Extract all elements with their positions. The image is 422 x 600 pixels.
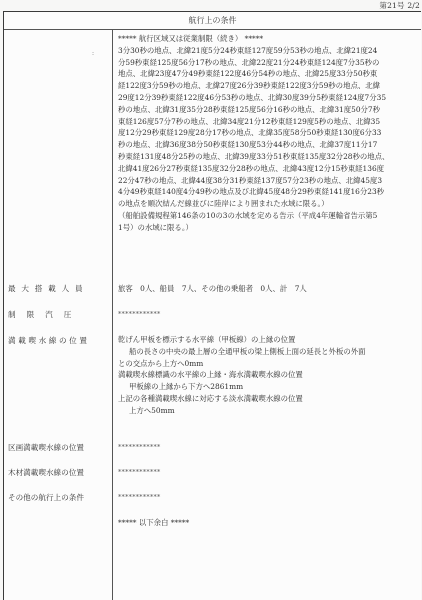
end-marker: ***** 以下余白 *****: [118, 517, 414, 529]
nav-line: 度12分29秒東経129度28分17秒の地点、北緯35度58分50秒東経130度…: [118, 127, 414, 139]
scan-speck: :: [92, 50, 94, 57]
nav-line: の地点を順次結んだ線並びに陸岸により囲まれた水域に限る。）: [118, 198, 414, 210]
load-line-label: 満載喫水線の位置: [8, 336, 110, 346]
load-line-text: 上方へ50mm: [118, 405, 414, 417]
timber-load-line-value: ************: [118, 467, 414, 479]
nav-line: 秒東経131度48分25秒の地点、北緯39度33分51秒東経135度32分28秒…: [118, 151, 414, 163]
nav-line: 4分49秒東経140度4分49秒の地点及び北緯45度48分29秒東経141度16…: [118, 186, 414, 198]
load-line-text: 満載喫水線標識の水平線の上縁・海水満載喫水線の位置: [118, 369, 414, 381]
nav-line: 3分30秒の地点、北緯21度5分24秒東経127度59分53秒の地点、北緯21度…: [118, 45, 414, 57]
load-line-text: 上記の各種満載喫水線に対応する淡水満載喫水線の位置: [118, 393, 414, 405]
timber-load-line-label: 木材満載喫水線の位置: [8, 468, 110, 478]
nav-line: 秒の地点、北緯31度35分28秒東経125度56分16秒の地点、北緯31度50分…: [118, 104, 414, 116]
nav-line: 北緯41度26分27秒東経135度32分28秒の地点、北緯43度12分15秒東経…: [118, 163, 414, 175]
nav-line: 地点、北緯23度47分49秒東経122度46分54秒の地点、北緯25度33分50…: [118, 68, 414, 80]
nav-line: 秒の地点、北緯36度38分50秒東経130度53分44秒の地点、北緯37度11分…: [118, 139, 414, 151]
load-line-text: 乾げん甲板を標示する水平線（甲板線）の上縁の位置: [118, 334, 414, 346]
nav-line: 経122度3分59秒の地点、北緯27度26分39秒東経122度3分59秒の地点、…: [118, 80, 414, 92]
nav-line: 東経126度57分7秒の地点、北緯34度21分12秒東経129度5秒の地点、北緯…: [118, 116, 414, 128]
max-persons-value: 旅客 0人、船員 7人、その他の乗船者 0人、計 7人: [118, 283, 414, 295]
subdivision-load-line-value: ************: [118, 442, 414, 454]
nav-line: 分59秒東経125度56分17秒の地点、北緯22度21分24秒東経124度7分3…: [118, 57, 414, 69]
certificate-table: 航行上の条件 : ***** 航行区域又は従業制限（続き） ***** 3分30…: [3, 11, 421, 600]
nav-line: 1号）の水域に限る。）: [118, 222, 414, 234]
load-line-text: 甲板線の上縁から下方へ2861mm: [118, 381, 414, 393]
nav-line: （船舶設備規程第146条の10の3の水域を定める告示（平成4年運輸省告示第5: [118, 210, 414, 222]
nav-line: 22分47秒の地点、北緯44度38分31秒東経137度57分23秒の地点、北緯4…: [118, 175, 414, 187]
table-header: 航行上の条件: [4, 12, 421, 30]
max-persons-label: 最大搭載人員: [8, 284, 110, 294]
load-line-text: 船の長さの中央の最上層の全通甲板の梁上側板上面の延長と外板の外面: [118, 346, 414, 358]
other-conditions-label: その他の航行上の条件: [8, 493, 110, 503]
other-conditions-value: ************: [118, 492, 414, 504]
column-divider: [112, 30, 113, 600]
steam-pressure-value: ************: [118, 309, 414, 321]
page-number: 第21号 2/2: [379, 0, 420, 11]
navigation-area-cell: ***** 航行区域又は従業制限（続き） ***** 3分30秒の地点、北緯21…: [118, 33, 414, 234]
nav-line: 29度12分39秒東経122度46分53秒の地点、北緯30度39分5秒東経124…: [118, 92, 414, 104]
load-line-value: 乾げん甲板を標示する水平線（甲板線）の上縁の位置 船の長さの中央の最上層の全通甲…: [118, 334, 414, 417]
table-body: : ***** 航行区域又は従業制限（続き） ***** 3分30秒の地点、北緯…: [4, 30, 421, 600]
steam-pressure-label: 制限汽圧: [8, 310, 110, 320]
subdivision-load-line-label: 区画満載喫水線の位置: [8, 443, 110, 453]
navigation-area-heading: ***** 航行区域又は従業制限（続き） *****: [118, 33, 414, 45]
load-line-text: との交点から上方へ0mm: [118, 358, 414, 370]
